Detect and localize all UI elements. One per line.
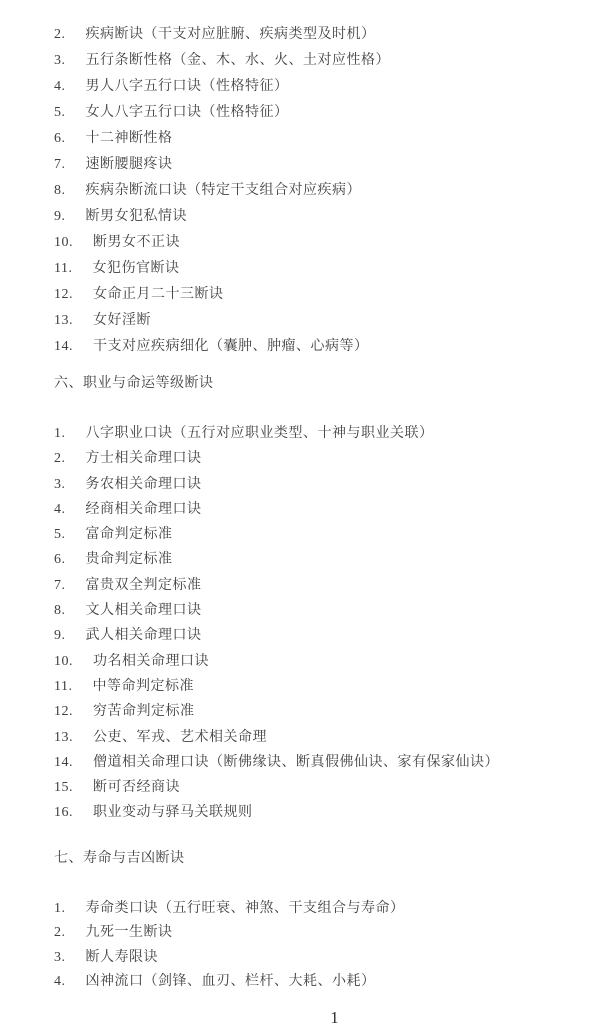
item-number: 3. bbox=[54, 946, 66, 971]
item-text: 寿命类口诀（五行旺衰、神煞、干支组合与寿命） bbox=[86, 901, 405, 916]
toc-item: 11.女犯伤官断诀 bbox=[54, 256, 597, 282]
toc-item: 5.女人八字五行口诀（性格特征） bbox=[54, 100, 597, 126]
page-number: 1 bbox=[30, 1008, 609, 1028]
item-number: 14. bbox=[54, 334, 73, 360]
item-text: 断男女犯私情诀 bbox=[86, 209, 188, 224]
toc-item: 15.断可否经商诀 bbox=[54, 775, 597, 800]
toc-item: 14.干支对应疾病细化（囊肿、肿瘤、心病等） bbox=[54, 334, 597, 360]
item-text: 断人寿限诀 bbox=[86, 950, 159, 965]
toc-item: 4.凶神流口（剑锋、血刃、栏杆、大耗、小耗） bbox=[54, 970, 597, 995]
toc-item: 6.十二神断性格 bbox=[54, 126, 597, 152]
item-number: 4. bbox=[54, 74, 66, 100]
item-number: 9. bbox=[54, 204, 66, 230]
item-text: 断男女不正诀 bbox=[93, 235, 180, 250]
toc-item: 2.疾病断诀（干支对应脏腑、疾病类型及时机） bbox=[54, 22, 597, 48]
item-number: 1. bbox=[54, 421, 66, 446]
toc-item: 9.武人相关命理口诀 bbox=[54, 623, 597, 648]
item-number: 14. bbox=[54, 750, 73, 775]
item-text: 五行条断性格（金、木、水、火、土对应性格） bbox=[86, 53, 391, 68]
item-number: 7. bbox=[54, 573, 66, 598]
item-number: 12. bbox=[54, 282, 73, 308]
toc-item: 8.疾病杂断流口诀（特定干支组合对应疾病） bbox=[54, 178, 597, 204]
item-text: 疾病断诀（干支对应脏腑、疾病类型及时机） bbox=[86, 27, 376, 42]
toc-item: 3.务农相关命理口诀 bbox=[54, 472, 597, 497]
item-text: 公吏、军戎、艺术相关命理 bbox=[93, 730, 267, 745]
item-text: 文人相关命理口诀 bbox=[86, 603, 202, 618]
item-text: 富命判定标准 bbox=[86, 527, 173, 542]
toc-item: 7.富贵双全判定标准 bbox=[54, 573, 597, 598]
item-text: 经商相关命理口诀 bbox=[86, 502, 202, 517]
toc-content: 2.疾病断诀（干支对应脏腑、疾病类型及时机） 3.五行条断性格（金、木、水、火、… bbox=[54, 22, 597, 995]
section-items: 1.八字职业口诀（五行对应职业类型、十神与职业关联） 2.方士相关命理口诀 3.… bbox=[54, 421, 597, 826]
item-text: 务农相关命理口诀 bbox=[86, 477, 202, 492]
toc-item: 1.八字职业口诀（五行对应职业类型、十神与职业关联） bbox=[54, 421, 597, 446]
item-number: 3. bbox=[54, 48, 66, 74]
toc-item: 2.九死一生断诀 bbox=[54, 921, 597, 946]
item-number: 6. bbox=[54, 547, 66, 572]
item-number: 5. bbox=[54, 522, 66, 547]
item-number: 3. bbox=[54, 472, 66, 497]
item-text: 富贵双全判定标准 bbox=[86, 578, 202, 593]
toc-item: 6.贵命判定标准 bbox=[54, 547, 597, 572]
item-number: 8. bbox=[54, 178, 66, 204]
item-number: 2. bbox=[54, 22, 66, 48]
item-number: 1. bbox=[54, 897, 66, 922]
item-number: 9. bbox=[54, 623, 66, 648]
toc-item: 1.寿命类口诀（五行旺衰、神煞、干支组合与寿命） bbox=[54, 897, 597, 922]
item-text: 女人八字五行口诀（性格特征） bbox=[86, 105, 289, 120]
toc-item: 13.女好淫断 bbox=[54, 308, 597, 334]
toc-item: 3.五行条断性格（金、木、水、火、土对应性格） bbox=[54, 48, 597, 74]
item-text: 贵命判定标准 bbox=[86, 552, 173, 567]
item-text: 职业变动与驿马关联规则 bbox=[93, 805, 253, 820]
toc-item: 12.女命正月二十三断诀 bbox=[54, 282, 597, 308]
item-number: 11. bbox=[54, 256, 72, 282]
toc-item: 7.速断腰腿疼诀 bbox=[54, 152, 597, 178]
item-text: 十二神断性格 bbox=[86, 131, 173, 146]
toc-item: 16.职业变动与驿马关联规则 bbox=[54, 800, 597, 825]
item-number: 13. bbox=[54, 308, 73, 334]
item-text: 疾病杂断流口诀（特定干支组合对应疾病） bbox=[86, 183, 362, 198]
item-number: 11. bbox=[54, 674, 72, 699]
item-number: 4. bbox=[54, 970, 66, 995]
item-text: 女犯伤官断诀 bbox=[92, 261, 179, 276]
item-text: 女命正月二十三断诀 bbox=[93, 287, 224, 302]
toc-item: 4.经商相关命理口诀 bbox=[54, 497, 597, 522]
item-number: 8. bbox=[54, 598, 66, 623]
item-number: 13. bbox=[54, 725, 73, 750]
item-number: 10. bbox=[54, 649, 73, 674]
item-text: 九死一生断诀 bbox=[86, 925, 173, 940]
section-items: 1.寿命类口诀（五行旺衰、神煞、干支组合与寿命） 2.九死一生断诀 3.断人寿限… bbox=[54, 897, 597, 995]
item-text: 男人八字五行口诀（性格特征） bbox=[86, 79, 289, 94]
item-text: 武人相关命理口诀 bbox=[86, 628, 202, 643]
item-text: 僧道相关命理口诀（断佛缘诀、断真假佛仙诀、家有保家仙诀） bbox=[93, 755, 499, 770]
toc-item: 2.方士相关命理口诀 bbox=[54, 446, 597, 471]
item-text: 八字职业口诀（五行对应职业类型、十神与职业关联） bbox=[86, 426, 434, 441]
item-number: 2. bbox=[54, 921, 66, 946]
section-items: 2.疾病断诀（干支对应脏腑、疾病类型及时机） 3.五行条断性格（金、木、水、火、… bbox=[54, 22, 597, 360]
item-number: 6. bbox=[54, 126, 66, 152]
item-text: 女好淫断 bbox=[93, 313, 151, 328]
item-text: 凶神流口（剑锋、血刃、栏杆、大耗、小耗） bbox=[86, 974, 376, 989]
item-text: 功名相关命理口诀 bbox=[93, 654, 209, 669]
item-number: 10. bbox=[54, 230, 73, 256]
item-number: 12. bbox=[54, 699, 73, 724]
item-text: 干支对应疾病细化（囊肿、肿瘤、心病等） bbox=[93, 339, 369, 354]
item-number: 4. bbox=[54, 497, 66, 522]
toc-item: 8.文人相关命理口诀 bbox=[54, 598, 597, 623]
toc-item: 3.断人寿限诀 bbox=[54, 946, 597, 971]
item-text: 穷苦命判定标准 bbox=[93, 704, 195, 719]
toc-item: 11.中等命判定标准 bbox=[54, 674, 597, 699]
toc-item: 13.公吏、军戎、艺术相关命理 bbox=[54, 725, 597, 750]
item-text: 断可否经商诀 bbox=[93, 780, 180, 795]
toc-item: 12.穷苦命判定标准 bbox=[54, 699, 597, 724]
toc-item: 10.断男女不正诀 bbox=[54, 230, 597, 256]
item-number: 15. bbox=[54, 775, 73, 800]
section-heading: 六、职业与命运等级断诀 bbox=[54, 371, 597, 397]
item-number: 2. bbox=[54, 446, 66, 471]
item-text: 中等命判定标准 bbox=[92, 679, 194, 694]
toc-item: 9.断男女犯私情诀 bbox=[54, 204, 597, 230]
item-text: 速断腰腿疼诀 bbox=[86, 157, 173, 172]
section-heading: 七、寿命与吉凶断诀 bbox=[54, 846, 597, 872]
document-page: 2.疾病断诀（干支对应脏腑、疾病类型及时机） 3.五行条断性格（金、木、水、火、… bbox=[0, 0, 609, 1035]
item-number: 7. bbox=[54, 152, 66, 178]
toc-item: 5.富命判定标准 bbox=[54, 522, 597, 547]
item-number: 16. bbox=[54, 800, 73, 825]
item-number: 5. bbox=[54, 100, 66, 126]
toc-item: 10.功名相关命理口诀 bbox=[54, 649, 597, 674]
toc-item: 14.僧道相关命理口诀（断佛缘诀、断真假佛仙诀、家有保家仙诀） bbox=[54, 750, 597, 775]
toc-item: 4.男人八字五行口诀（性格特征） bbox=[54, 74, 597, 100]
item-text: 方士相关命理口诀 bbox=[86, 451, 202, 466]
